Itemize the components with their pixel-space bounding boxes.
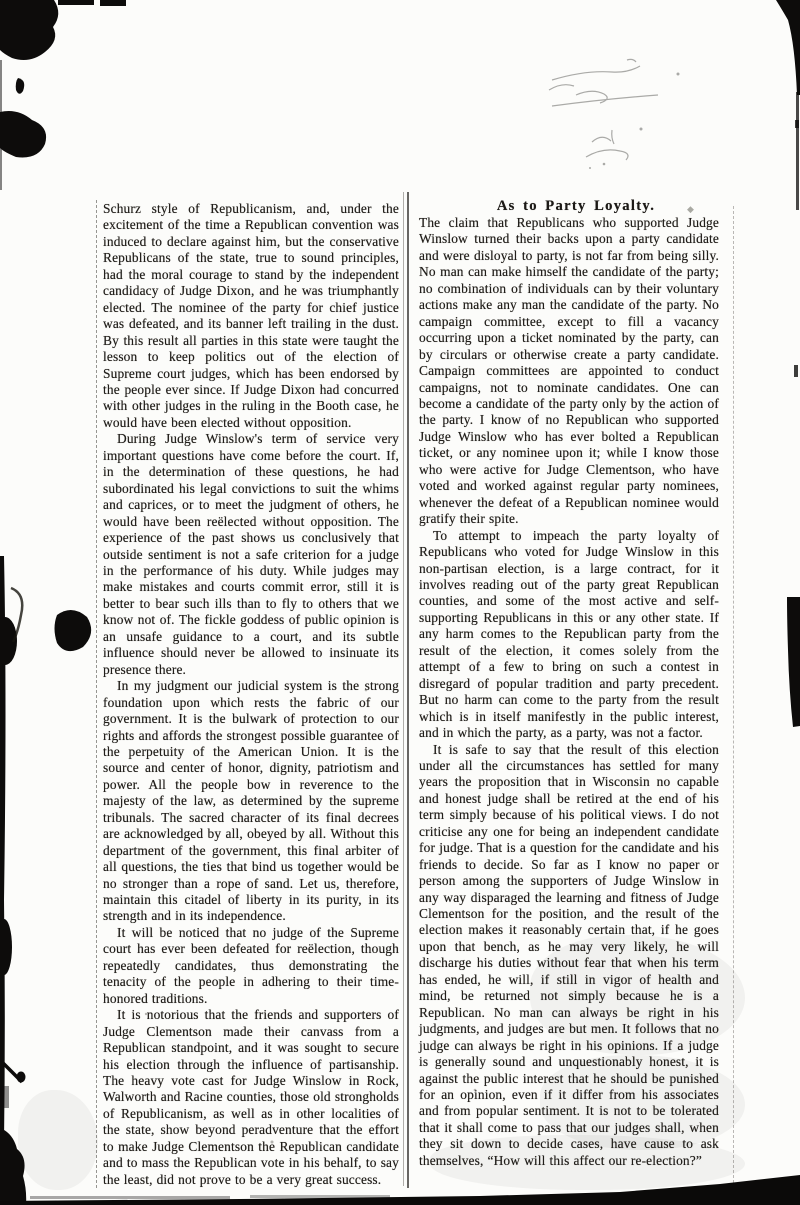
- scan-smudge: [18, 1090, 98, 1190]
- column-rule-left: [96, 200, 97, 1188]
- article-paragraph: It is notorious that the friends and sup…: [103, 1007, 399, 1188]
- article-column-left: Schurz style of Republicanism, and, unde…: [103, 201, 399, 1188]
- article-paragraph: It will be noticed that no judge of the …: [103, 925, 399, 1007]
- column-rule-center: [403, 192, 404, 1186]
- article-headline: As to Party Loyalty. ◆: [419, 197, 719, 215]
- pencil-handwriting-annotation: [549, 59, 680, 169]
- newspaper-clipping-page: Schurz style of Republicanism, and, unde…: [0, 0, 800, 1205]
- column-rule-center: [407, 192, 409, 1188]
- article-column-right: As to Party Loyalty. ◆ The claim that Re…: [419, 197, 719, 1169]
- article-paragraph: Schurz style of Republicanism, and, unde…: [103, 201, 399, 431]
- fleuron-icon: ◆: [673, 200, 694, 218]
- article-paragraph: The claim that Republicans who supported…: [419, 215, 719, 528]
- torn-edge-top-left: [0, 0, 126, 190]
- headline-text: As to Party Loyalty.: [497, 198, 655, 214]
- ink-marks-right-edge: [776, 0, 800, 727]
- article-paragraph: It is safe to say that the result of thi…: [419, 742, 719, 1170]
- article-paragraph: During Judge Winslow's term of service v…: [103, 431, 399, 678]
- article-paragraph: In my judgment our judicial system is th…: [103, 678, 399, 925]
- column-rule-right: [733, 206, 734, 1188]
- article-paragraph: To attempt to impeach the party loyalty …: [419, 528, 719, 742]
